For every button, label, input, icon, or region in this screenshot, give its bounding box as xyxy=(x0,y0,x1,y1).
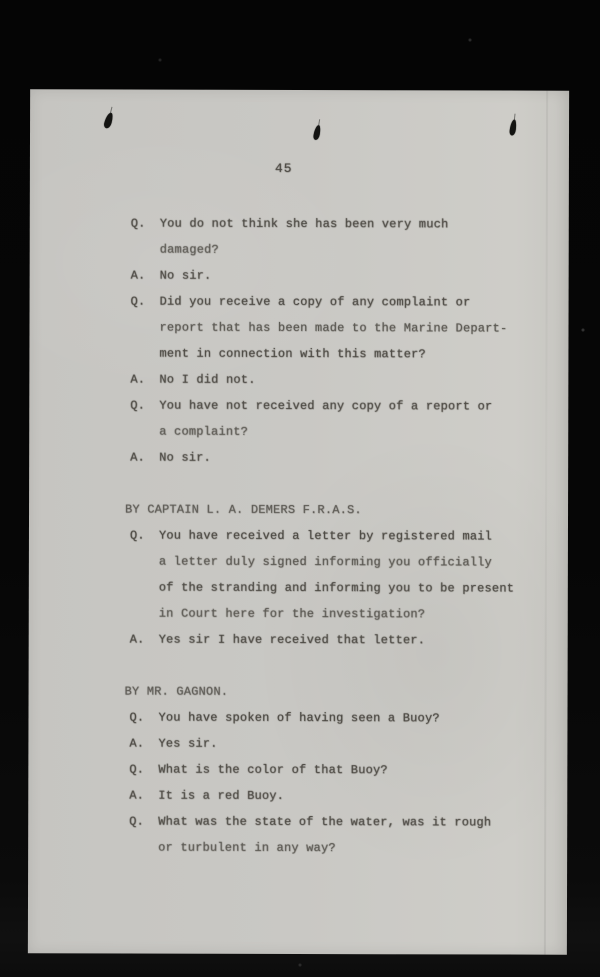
transcript-lines: Did you receive a copy of any complaint … xyxy=(159,289,507,368)
speaker-label: Q. xyxy=(130,523,159,549)
speaker-label: Q. xyxy=(131,289,160,315)
transcript-lines: You do not think she has been very muchd… xyxy=(160,211,449,264)
transcript-lines: No I did not. xyxy=(159,367,255,393)
ink-mark xyxy=(509,119,517,136)
transcript-lines: You have not received any copy of a repo… xyxy=(159,393,492,446)
qa-item: Q.You do not think she has been very muc… xyxy=(30,210,569,263)
qa-item: Q.Did you receive a copy of any complain… xyxy=(29,288,568,367)
qa-item: Q.What is the color of that Buoy? xyxy=(28,756,567,783)
transcript-line: a complaint? xyxy=(159,419,492,446)
transcript-lines: No sir. xyxy=(160,263,212,289)
transcript-line: You do not think she has been very much xyxy=(160,211,449,238)
transcript-lines: Yes sir I have received that letter. xyxy=(159,627,426,654)
transcript-line: You have spoken of having seen a Buoy? xyxy=(158,705,439,732)
transcript-line: ment in connection with this matter? xyxy=(159,341,507,368)
transcript-line: Yes sir. xyxy=(158,731,217,757)
speaker-label: A. xyxy=(129,731,158,757)
qa-item: A.Yes sir I have received that letter. xyxy=(29,626,568,653)
transcript-line: damaged? xyxy=(160,237,449,264)
page-content: Q.You do not think she has been very muc… xyxy=(28,210,569,861)
speaker-label: A. xyxy=(130,445,159,471)
qa-item: Q.You have received a letter by register… xyxy=(29,522,568,627)
transcript-line: You have received a letter by registered… xyxy=(159,523,514,550)
transcript-line: Yes sir I have received that letter. xyxy=(159,627,426,654)
transcript-lines: You have spoken of having seen a Buoy? xyxy=(158,705,439,732)
transcript-line: It is a red Buoy. xyxy=(158,783,284,809)
transcript-lines: You have received a letter by registered… xyxy=(159,523,515,628)
qa-item: A.It is a red Buoy. xyxy=(28,782,567,809)
speaker-label: Q. xyxy=(131,211,160,237)
speaker-label: Q. xyxy=(130,393,159,419)
speaker-label: Q. xyxy=(129,757,158,783)
transcript-line: No sir. xyxy=(159,445,211,471)
speaker-label: Q. xyxy=(129,809,158,835)
qa-item: Q.What was the state of the water, was i… xyxy=(28,808,567,861)
transcript-line: Did you receive a copy of any complaint … xyxy=(160,289,508,316)
qa-item: Q.You have not received any copy of a re… xyxy=(29,392,568,445)
transcript-line: report that has been made to the Marine … xyxy=(159,315,507,342)
transcript-line: in Court here for the investigation? xyxy=(159,601,514,628)
qa-item: A.No sir. xyxy=(29,444,568,471)
ink-mark xyxy=(313,125,321,141)
section-heading: BY MR. GAGNON. xyxy=(125,679,568,706)
transcript-lines: It is a red Buoy. xyxy=(158,783,284,809)
qa-item: Q.You have spoken of having seen a Buoy? xyxy=(28,704,567,731)
transcript-line: What was the state of the water, was it … xyxy=(158,809,491,836)
transcript-line: of the stranding and informing you to be… xyxy=(159,575,514,602)
transcript-line: or turbulent in any way? xyxy=(158,835,491,862)
qa-item: A.No I did not. xyxy=(29,366,568,393)
transcript-lines: No sir. xyxy=(159,445,211,471)
scan-background: 45 Q.You do not think she has been very … xyxy=(0,0,600,977)
speaker-label: A. xyxy=(130,627,159,653)
transcript-lines: What is the color of that Buoy? xyxy=(158,757,388,784)
section-heading: BY CAPTAIN L. A. DEMERS F.R.A.S. xyxy=(125,497,568,524)
page-number: 45 xyxy=(275,161,293,176)
transcript-line: What is the color of that Buoy? xyxy=(158,757,388,784)
qa-item: A.Yes sir. xyxy=(28,730,567,757)
speaker-label: Q. xyxy=(129,705,158,731)
speaker-label: A. xyxy=(129,783,158,809)
transcript-lines: Yes sir. xyxy=(158,731,217,757)
speaker-label: A. xyxy=(131,263,160,289)
document-page: 45 Q.You do not think she has been very … xyxy=(28,89,569,954)
transcript-line: You have not received any copy of a repo… xyxy=(159,393,492,420)
ink-mark xyxy=(103,112,114,129)
speaker-label: A. xyxy=(130,367,159,393)
transcript-line: No sir. xyxy=(160,263,212,289)
transcript-line: No I did not. xyxy=(159,367,255,393)
transcript-lines: What was the state of the water, was it … xyxy=(158,809,491,862)
qa-item: A.No sir. xyxy=(30,262,569,289)
transcript-line: a letter duly signed informing you offic… xyxy=(159,549,514,576)
